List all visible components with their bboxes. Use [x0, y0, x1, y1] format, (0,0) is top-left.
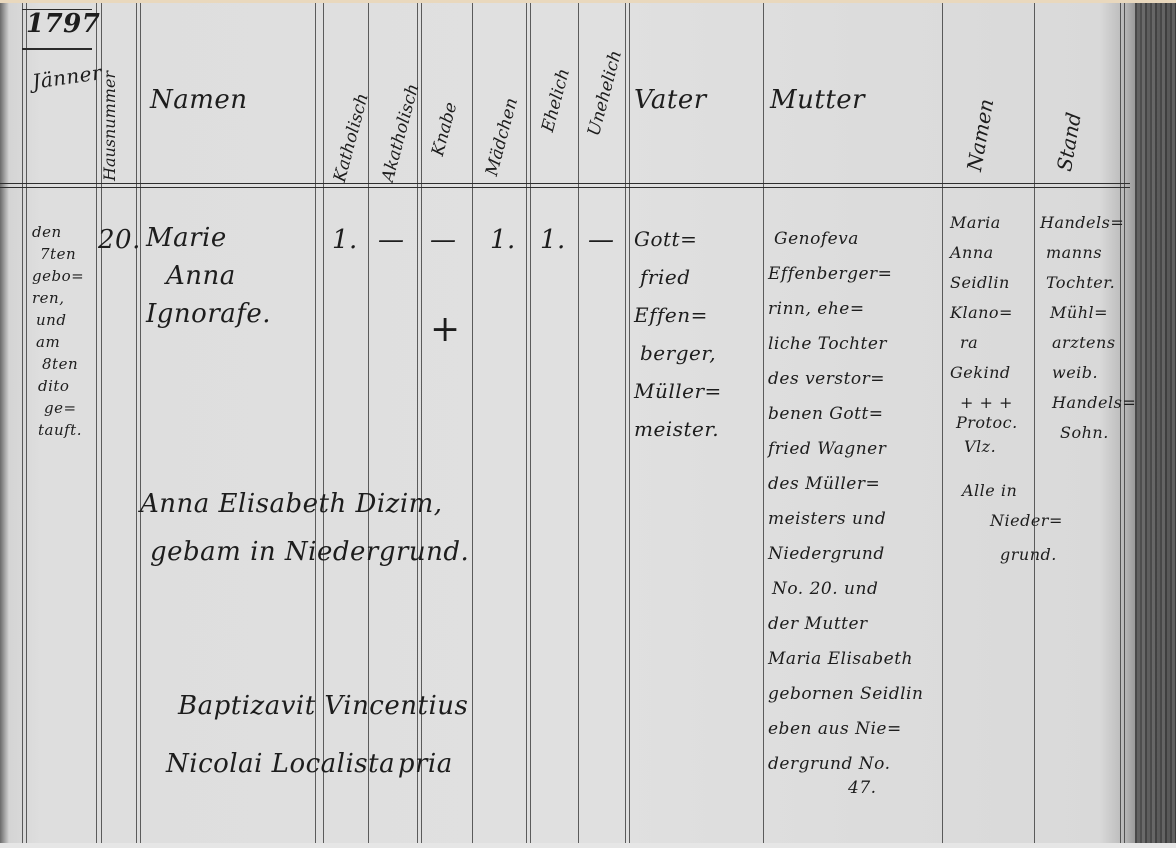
column-rule [26, 3, 27, 843]
header-girl: Mädchen [482, 96, 522, 178]
priest-name-line: Nicolai Localista [166, 749, 395, 779]
header-name: Namen [150, 85, 248, 115]
entry-midwife: Anna Elisabeth Dizim, gebam in Niedergru… [140, 491, 469, 587]
mark-girl: 1. [490, 225, 516, 255]
column-rule [526, 3, 527, 843]
header-legitimate: Ehelich [538, 66, 574, 134]
header-month: Jänner [31, 60, 104, 94]
column-rule [578, 3, 579, 843]
header-godparents-status: Stand [1052, 111, 1086, 174]
cross-mark: + [430, 309, 461, 350]
header-house-no: Hausnummer [100, 71, 119, 181]
year-label: 1797 [26, 9, 100, 39]
entry-godparent-names: Maria Anna Seidlin Klano= ra Gekind + + … [950, 215, 1018, 469]
column-rule [1034, 3, 1035, 843]
mark-legitimate: 1. [540, 225, 566, 255]
image-bottom-border [0, 843, 1176, 848]
column-rule [96, 3, 97, 843]
column-rule [472, 3, 473, 843]
register-page: 1797 Jänner Hausnummer Namen Katholisch … [0, 3, 1176, 843]
entry-child-name: Marie Anna Ignorafe. [146, 225, 271, 339]
mark-illegitimate: — [588, 225, 615, 255]
entry-mother: Genofeva Effenberger= rinn, ehe= liche T… [768, 231, 923, 804]
header-father: Vater [634, 85, 707, 115]
priest-suffix: pria [398, 749, 453, 779]
header-rule [0, 183, 1130, 184]
column-rule [629, 3, 630, 843]
entry-godparent-status: Handels= manns Tochter. Mühl= arztens we… [1040, 215, 1136, 577]
entry-house-no: 20. [98, 225, 141, 255]
column-rule [625, 3, 626, 843]
column-rule [763, 3, 764, 843]
mark-noncatholic: — [378, 225, 405, 255]
column-rule [136, 3, 137, 843]
header-boy: Knabe [428, 100, 461, 158]
mark-catholic: 1. [332, 225, 358, 255]
mark-boy: — [430, 225, 457, 255]
header-catholic: Katholisch [330, 91, 373, 184]
header-illegitimate: Unehelich [584, 48, 626, 138]
header-godparents-name: Namen [962, 97, 998, 173]
entry-priest: Baptizavit Vincentius Nicolai Localista … [178, 693, 468, 799]
header-mother: Mutter [770, 85, 865, 115]
column-rule [22, 3, 23, 843]
column-rule [140, 3, 141, 843]
book-spine [1135, 3, 1176, 843]
header-rule [0, 187, 1130, 188]
entry-father: Gott= fried Effen= berger, Müller= meist… [634, 229, 722, 457]
column-rule [530, 3, 531, 843]
column-rule [942, 3, 943, 843]
entry-date: den 7ten gebo= ren, und am 8ten dito ge=… [32, 225, 84, 445]
